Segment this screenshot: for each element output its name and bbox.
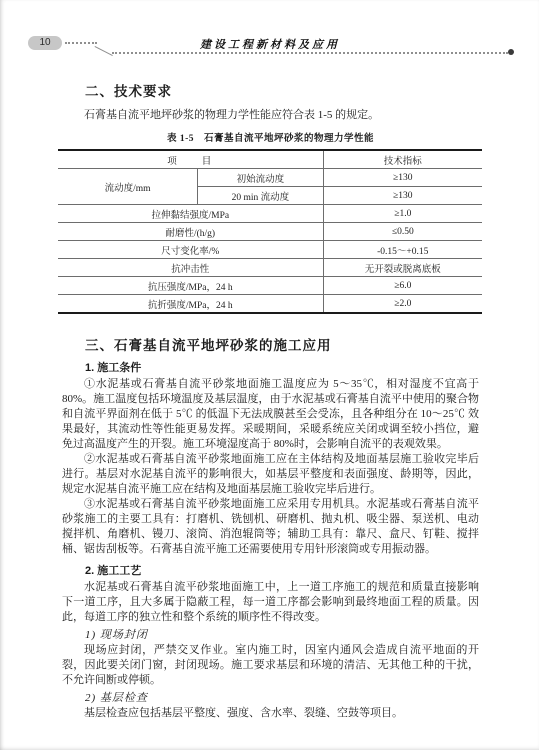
table-header-item: 项 目 bbox=[58, 150, 323, 169]
table-row: 尺寸变化率/% -0.15～+0.15 bbox=[58, 241, 482, 259]
table-row: 耐磨性/(h/g) ≤0.50 bbox=[58, 223, 482, 241]
physical-properties-table: 项 目 技术指标 流动度/mm 初始流动度 ≥130 20 min 流动度 ≥1… bbox=[58, 149, 482, 314]
running-head-title: 建设工程新材料及应用 bbox=[175, 36, 365, 52]
subheading-construction-conditions: 1. 施工条件 bbox=[85, 359, 479, 375]
page-number-badge: 10 bbox=[28, 36, 62, 50]
table-row: 流动度/mm 初始流动度 ≥130 bbox=[58, 169, 482, 187]
subheading-construction-process: 2. 施工工艺 bbox=[85, 562, 479, 578]
header-diagonal-rule bbox=[95, 46, 113, 56]
cell-dim-change-value: -0.15～+0.15 bbox=[323, 241, 482, 259]
table-row: 抗折强度/MPa，24 h ≥2.0 bbox=[58, 295, 482, 314]
header-dotted-rule-left bbox=[65, 42, 97, 44]
cell-initial-fluidity-label: 初始流动度 bbox=[198, 169, 323, 187]
table-row: 项 目 技术指标 bbox=[58, 150, 482, 169]
cell-impact-value: 无开裂或脱离底板 bbox=[323, 259, 482, 277]
base-inspection-paragraph: 基层检查应包括基层平整度、强度、含水率、裂缝、空鼓等项目。 bbox=[62, 706, 479, 721]
table-row: 抗冲击性 无开裂或脱离底板 bbox=[58, 259, 482, 277]
cell-abrasion-value: ≤0.50 bbox=[323, 223, 482, 241]
cell-abrasion-label: 耐磨性/(h/g) bbox=[58, 223, 323, 241]
tech-intro-paragraph: 石膏基自流平地坪砂浆的物理力学性能应符合表 1-5 的规定。 bbox=[62, 108, 479, 123]
cell-20min-fluidity-value: ≥130 bbox=[323, 187, 482, 205]
process-intro-paragraph: 水泥基或石膏基自流平砂浆地面施工中，上一道工序施工的规范和质量直接影响下一道工序… bbox=[62, 580, 479, 625]
table-row: 抗压强度/MPa，24 h ≥6.0 bbox=[58, 277, 482, 295]
header-dotted-rule-main bbox=[112, 52, 508, 54]
cell-dim-change-label: 尺寸变化率/% bbox=[58, 241, 323, 259]
cell-20min-fluidity-label: 20 min 流动度 bbox=[198, 187, 323, 205]
cell-compressive-value: ≥6.0 bbox=[323, 277, 482, 295]
table-caption: 表 1-5 石膏基自流平地坪砂浆的物理力学性能 bbox=[62, 130, 479, 144]
section-heading-construction-application: 三、石膏基自流平地坪砂浆的施工应用 bbox=[85, 326, 479, 354]
step-heading-base-inspection: 2) 基层检查 bbox=[85, 689, 479, 705]
cell-initial-fluidity-value: ≥130 bbox=[323, 169, 482, 187]
table-row: 拉伸黏结强度/MPa ≥1.0 bbox=[58, 205, 482, 223]
table-header-indicator: 技术指标 bbox=[323, 150, 482, 169]
condition-paragraph-2: ②水泥基或石膏基自流平砂浆地面施工应在主体结构及地面基层施工验收完毕后进行。基层… bbox=[62, 452, 479, 497]
page-body: 二、技术要求 石膏基自流平地坪砂浆的物理力学性能应符合表 1-5 的规定。 表 … bbox=[62, 72, 479, 721]
site-closure-paragraph: 现场应封闭，严禁交叉作业。室内施工时，因室内通风会造成自流平地面的开裂，因此要关… bbox=[62, 643, 479, 688]
section-heading-technical-requirements: 二、技术要求 bbox=[85, 72, 479, 100]
cell-bond-value: ≥1.0 bbox=[323, 205, 482, 223]
header-end-dot-icon bbox=[508, 49, 514, 55]
cell-fluidity-label: 流动度/mm bbox=[58, 169, 198, 205]
cell-compressive-label: 抗压强度/MPa，24 h bbox=[58, 277, 323, 295]
running-head: 10 建设工程新材料及应用 bbox=[0, 0, 539, 60]
cell-flexural-label: 抗折强度/MPa，24 h bbox=[58, 295, 323, 314]
condition-paragraph-1: ①水泥基或石膏基自流平砂浆地面施工温度应为 5～35℃，相对湿度不宜高于 80%… bbox=[62, 377, 479, 452]
condition-paragraph-3: ③水泥基或石膏基自流平砂浆地面施工应采用专用机具。水泥基或石膏基自流平砂浆施工的… bbox=[62, 497, 479, 557]
cell-flexural-value: ≥2.0 bbox=[323, 295, 482, 314]
cell-impact-label: 抗冲击性 bbox=[58, 259, 323, 277]
book-page: 10 建设工程新材料及应用 二、技术要求 石膏基自流平地坪砂浆的物理力学性能应符… bbox=[0, 0, 539, 750]
step-heading-site-closure: 1) 现场封闭 bbox=[85, 626, 479, 642]
cell-bond-label: 拉伸黏结强度/MPa bbox=[58, 205, 323, 223]
